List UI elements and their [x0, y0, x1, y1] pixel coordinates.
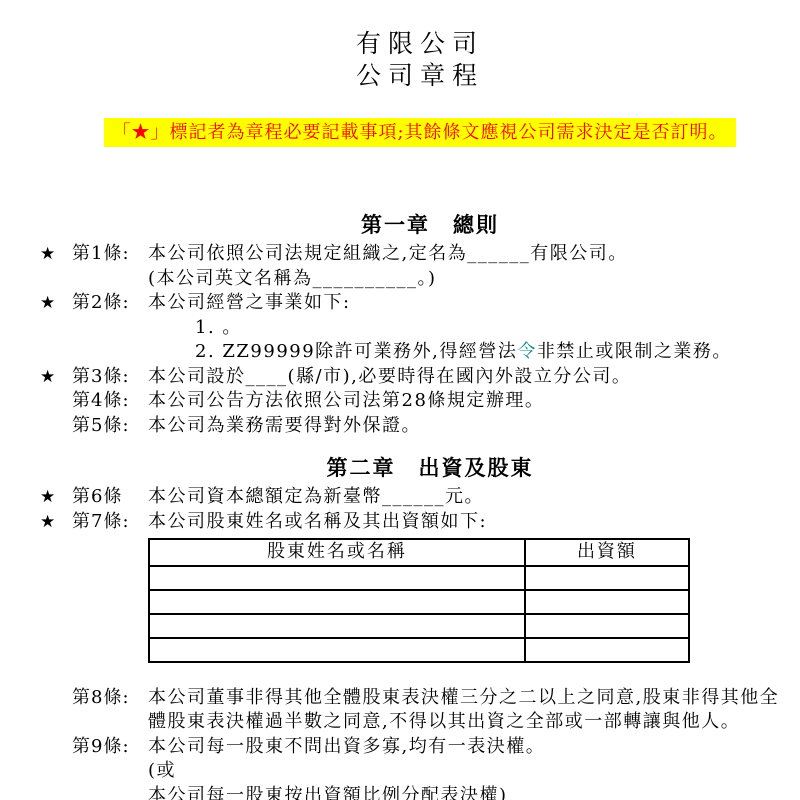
- text-segment: 本公司公告方法依照公司法第28條規定辦理。: [148, 390, 544, 411]
- required-star-icon: ★: [40, 510, 72, 535]
- article-row: 第5條:本公司為業務需要得對外保證。: [0, 414, 800, 439]
- document-page: 有限公司 公司章程 「★」標記者為章程必要記載事項;其餘條文應視公司需求決定是否…: [0, 0, 800, 800]
- article-line: 本公司設於____(縣/市),必要時得在國內外設立分公司。: [148, 365, 800, 390]
- article-label: 第2條:: [72, 291, 148, 316]
- article-line: 本公司董事非得其他全體股東表決權三分之二以上之同意,股東非得其他全: [148, 686, 800, 711]
- table-cell: [525, 590, 689, 614]
- article-row: 第4條:本公司公告方法依照公司法第28條規定辦理。: [0, 389, 800, 414]
- article-content: 本公司經營之事業如下:1. 。2. ZZ99999除許可業務外,得經營法令非禁止…: [148, 291, 800, 365]
- article-content: 本公司為業務需要得對外保證。: [148, 414, 800, 439]
- table-cell: [149, 614, 525, 638]
- law-highlight-char: 令: [517, 341, 537, 362]
- text-segment: 非禁止或限制之業務。: [537, 341, 732, 362]
- article-label: 第8條:: [72, 686, 148, 711]
- text-segment: 本公司為業務需要得對外保證。: [148, 415, 421, 436]
- table-row: [149, 614, 689, 638]
- article-row: 第9條:本公司每一股東不問出資多寡,均有一表決權。(或本公司每一股東按出資額比例…: [0, 735, 800, 800]
- table-row: [149, 638, 689, 662]
- article-label: 第7條:: [72, 510, 148, 535]
- table-cell: [149, 590, 525, 614]
- table-cell: [149, 638, 525, 662]
- notice-text: 「★」標記者為章程必要記載事項;其餘條文應視公司需求決定是否訂明。: [112, 122, 727, 143]
- notice-row: 「★」標記者為章程必要記載事項;其餘條文應視公司需求決定是否訂明。: [0, 118, 800, 148]
- text-segment: 本公司設於____(縣/市),必要時得在國內外設立分公司。: [148, 366, 631, 387]
- table-header-cell: 出資額: [525, 539, 689, 566]
- article-line: 本公司依照公司法規定組織之,定名為______有限公司。: [148, 242, 800, 267]
- table-cell: [149, 566, 525, 590]
- document-body: 第一章 總則★第1條:本公司依照公司法規定組織之,定名為______有限公司。(…: [0, 211, 800, 800]
- text-segment: (或: [148, 760, 176, 781]
- article-line: 本公司股東姓名或名稱及其出資額如下:: [148, 510, 800, 535]
- article-content: 本公司股東姓名或名稱及其出資額如下:股東姓名或名稱出資額: [148, 510, 800, 686]
- text-segment: 2. ZZ99999除許可業務外,得經營法: [195, 341, 517, 362]
- article-line: 本公司經營之事業如下:: [148, 291, 800, 316]
- article-row: ★第1條:本公司依照公司法規定組織之,定名為______有限公司。(本公司英文名…: [0, 242, 800, 291]
- shareholder-table: 股東姓名或名稱出資額: [148, 538, 690, 663]
- charter-title: 公司章程: [40, 60, 800, 92]
- notice-banner: 「★」標記者為章程必要記載事項;其餘條文應視公司需求決定是否訂明。: [104, 118, 735, 147]
- article-line: 本公司為業務需要得對外保證。: [148, 414, 800, 439]
- article-content: 本公司依照公司法規定組織之,定名為______有限公司。(本公司英文名稱為___…: [148, 242, 800, 291]
- required-star-icon: ★: [40, 365, 72, 390]
- article-content: 本公司每一股東不問出資多寡,均有一表決權。(或本公司每一股東按出資額比例分配表決…: [148, 735, 800, 800]
- text-segment: (本公司英文名稱為__________。): [148, 268, 437, 289]
- article-line: (或: [148, 759, 800, 784]
- article-content: 本公司設於____(縣/市),必要時得在國內外設立分公司。: [148, 365, 800, 390]
- article-line: 2. ZZ99999除許可業務外,得經營法令非禁止或限制之業務。: [148, 340, 800, 365]
- text-segment: 1. 。: [195, 317, 242, 338]
- article-content: 本公司董事非得其他全體股東表決權三分之二以上之同意,股東非得其他全體股東表決權過…: [148, 686, 800, 735]
- chapter-heading: 第二章 出資及股東: [0, 454, 800, 482]
- article-label: 第3條:: [72, 365, 148, 390]
- article-row: ★第3條:本公司設於____(縣/市),必要時得在國內外設立分公司。: [0, 365, 800, 390]
- table-row: [149, 566, 689, 590]
- article-content: 本公司公告方法依照公司法第28條規定辦理。: [148, 389, 800, 414]
- article-label: 第9條:: [72, 735, 148, 760]
- required-star-icon: ★: [40, 291, 72, 316]
- text-segment: 本公司資本總額定為新臺幣______元。: [148, 486, 484, 507]
- required-star-icon: ★: [40, 485, 72, 510]
- chapter-heading: 第一章 總則: [0, 211, 800, 239]
- text-segment: 本公司每一股東不問出資多寡,均有一表決權。: [148, 736, 545, 757]
- text-segment: 體股東表決權過半數之同意,不得以其出資之全部或一部轉讓與他人。: [148, 711, 740, 732]
- article-row: ★第2條:本公司經營之事業如下:1. 。2. ZZ99999除許可業務外,得經營…: [0, 291, 800, 365]
- article-label: 第5條:: [72, 414, 148, 439]
- text-segment: 本公司經營之事業如下:: [148, 292, 351, 313]
- text-segment: 本公司董事非得其他全體股東表決權三分之二以上之同意,股東非得其他全: [148, 687, 779, 708]
- article-row: ★第7條:本公司股東姓名或名稱及其出資額如下:股東姓名或名稱出資額: [0, 510, 800, 686]
- article-row: 第8條:本公司董事非得其他全體股東表決權三分之二以上之同意,股東非得其他全體股東…: [0, 686, 800, 735]
- article-line: 本公司資本總額定為新臺幣______元。: [148, 485, 800, 510]
- required-star-icon: ★: [40, 242, 72, 267]
- chapter-section: 第一章 總則★第1條:本公司依照公司法規定組織之,定名為______有限公司。(…: [0, 211, 800, 438]
- document-title-block: 有限公司 公司章程: [0, 28, 800, 92]
- article-line: 體股東表決權過半數之同意,不得以其出資之全部或一部轉讓與他人。: [148, 710, 800, 735]
- text-segment: 本公司每一股東按出資額比例分配表決權): [148, 785, 508, 800]
- article-line: 本公司公告方法依照公司法第28條規定辦理。: [148, 389, 800, 414]
- text-segment: 本公司股東姓名或名稱及其出資額如下:: [148, 511, 487, 532]
- table-cell: [525, 638, 689, 662]
- article-label: 第1條:: [72, 242, 148, 267]
- table-header-cell: 股東姓名或名稱: [149, 539, 525, 566]
- chapter-section: 第二章 出資及股東★第6條本公司資本總額定為新臺幣______元。★第7條:本公…: [0, 454, 800, 800]
- article-line: 本公司每一股東不問出資多寡,均有一表決權。: [148, 735, 800, 760]
- article-row: ★第6條本公司資本總額定為新臺幣______元。: [0, 485, 800, 510]
- article-line: 本公司每一股東按出資額比例分配表決權): [148, 784, 800, 800]
- table-cell: [525, 614, 689, 638]
- table-cell: [525, 566, 689, 590]
- article-label: 第6條: [72, 485, 148, 510]
- company-type-title: 有限公司: [40, 28, 800, 60]
- article-content: 本公司資本總額定為新臺幣______元。: [148, 485, 800, 510]
- text-segment: 本公司依照公司法規定組織之,定名為______有限公司。: [148, 243, 628, 264]
- article-label: 第4條:: [72, 389, 148, 414]
- article-line: 1. 。: [148, 316, 800, 341]
- article-line: (本公司英文名稱為__________。): [148, 267, 800, 292]
- table-row: [149, 590, 689, 614]
